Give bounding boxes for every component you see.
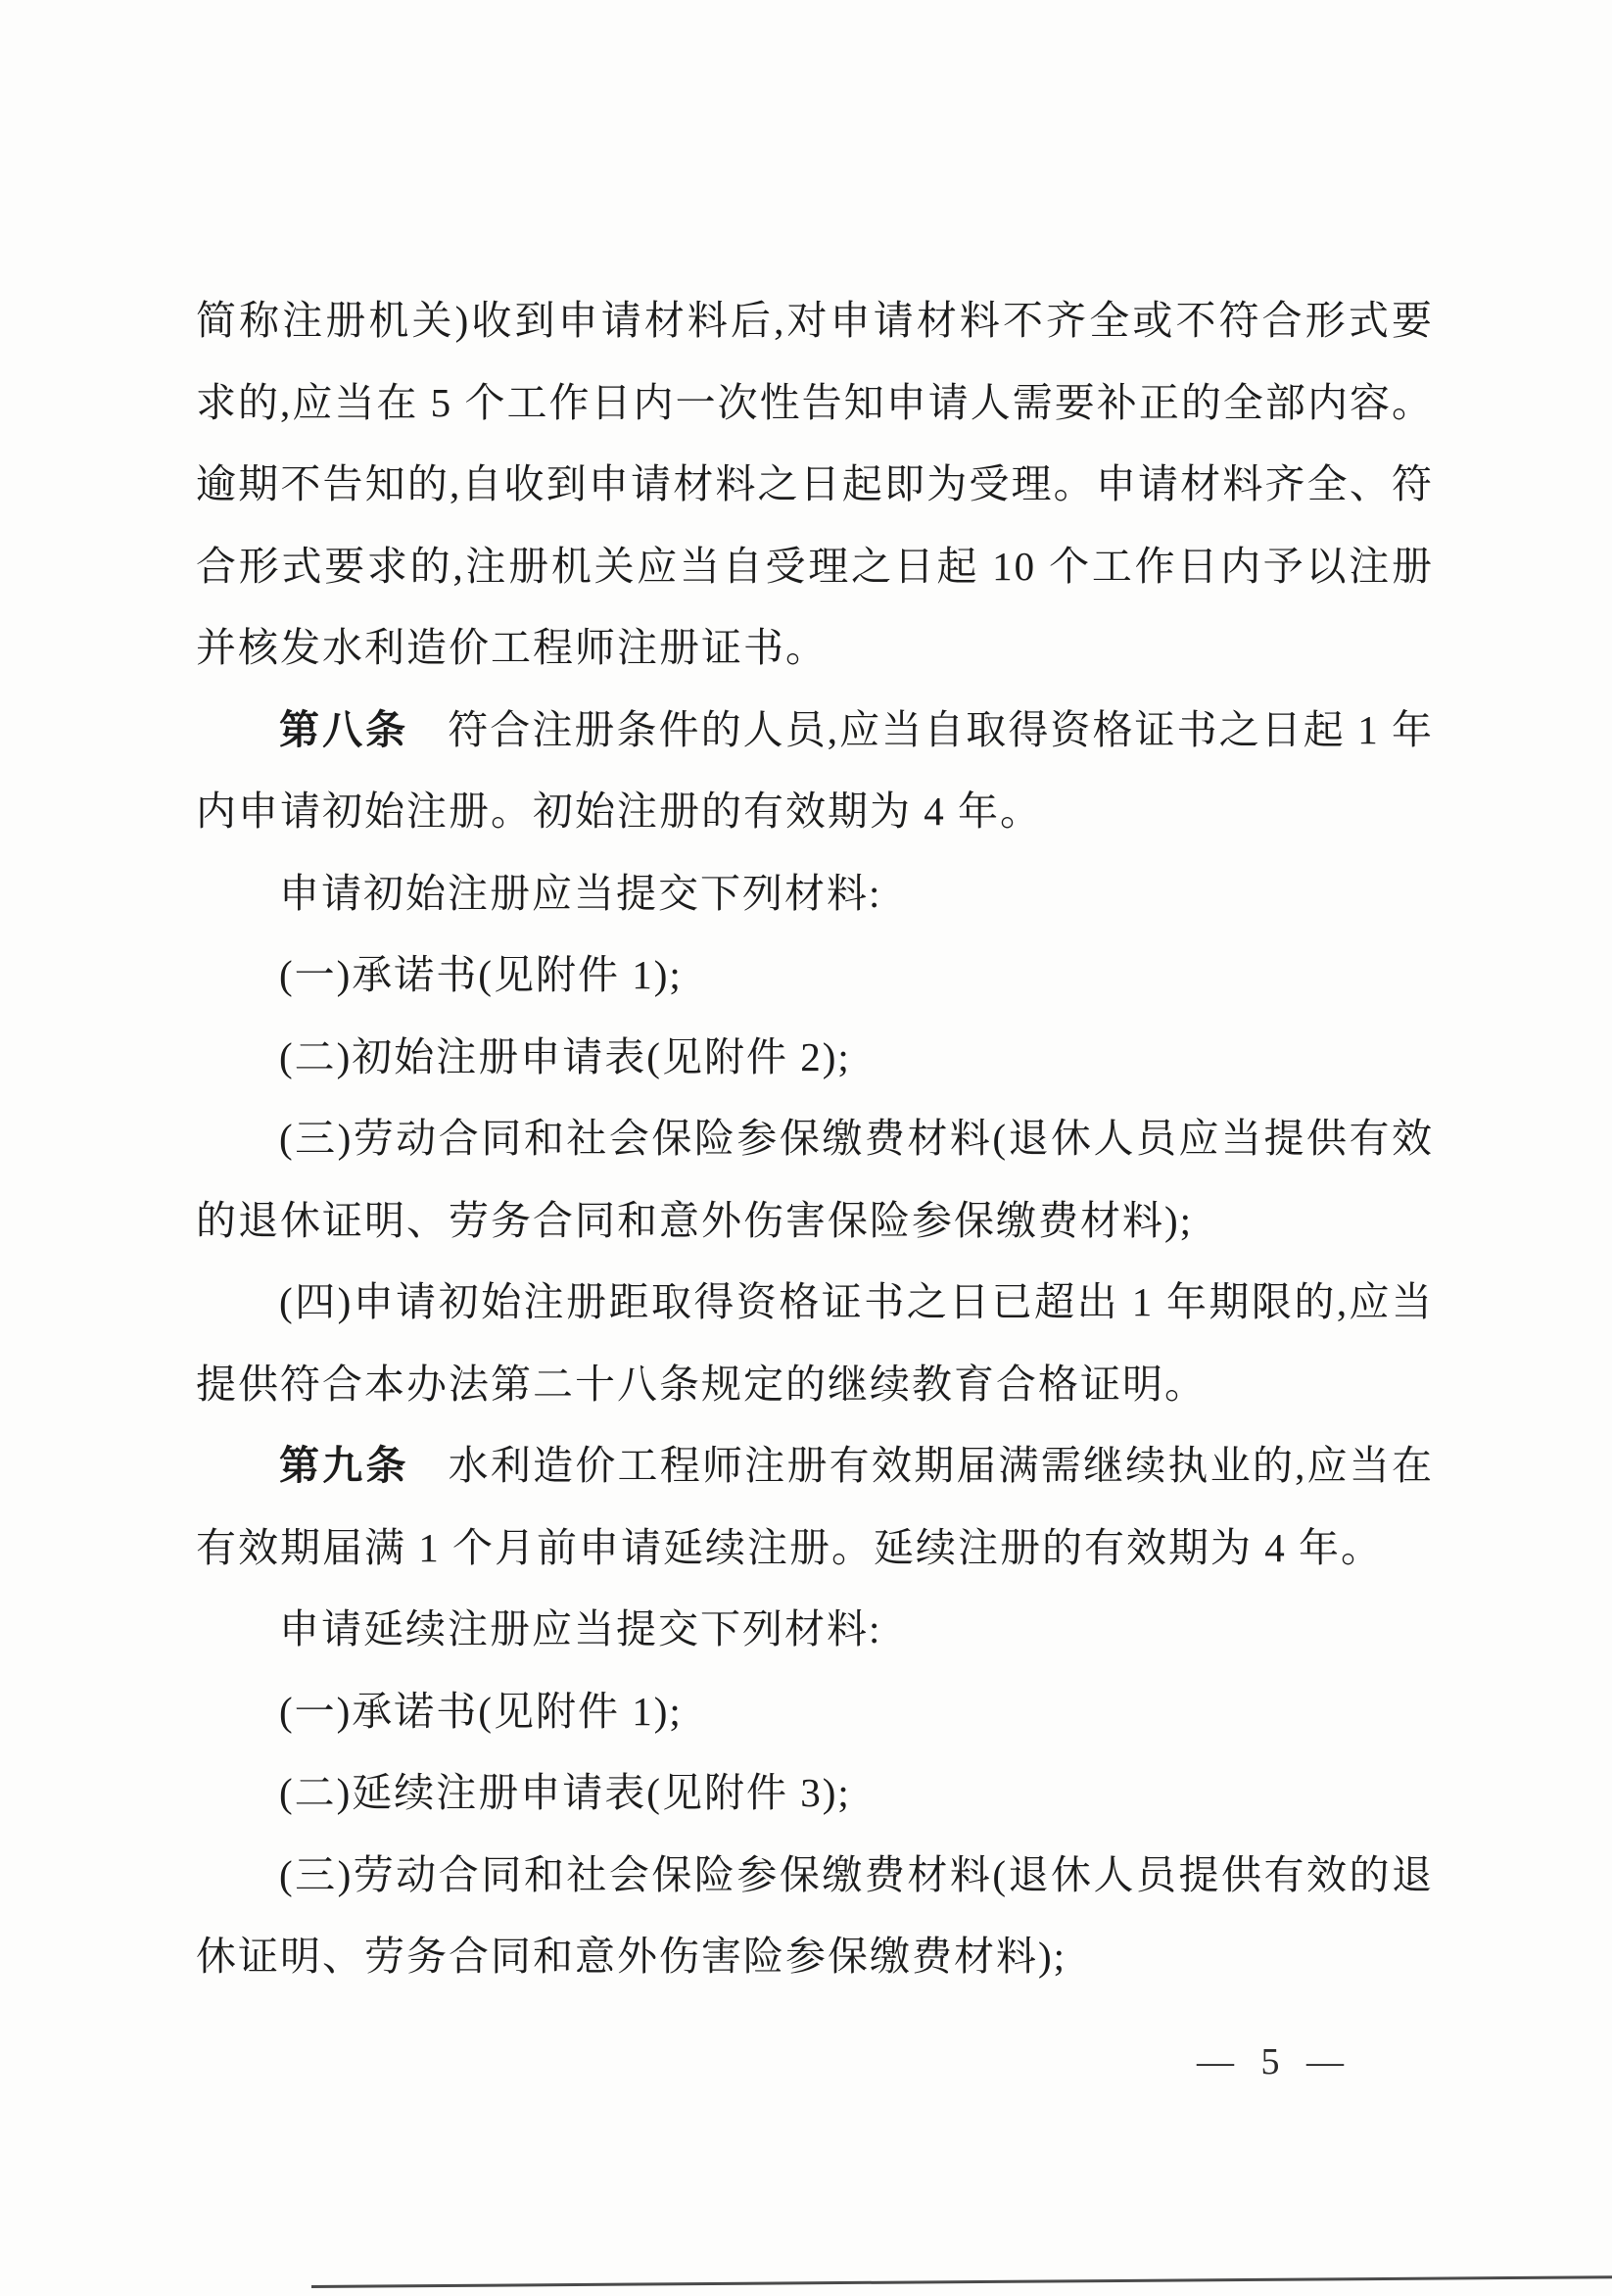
list-item-renewal-3: (三)劳动合同和社会保险参保缴费材料(退休人员提供有效的退休证明、劳务合同和意外… bbox=[196, 1835, 1434, 1998]
list-item-initial-3: (三)劳动合同和社会保险参保缴费材料(退休人员应当提供有效的退休证明、劳务合同和… bbox=[196, 1098, 1434, 1262]
article-8-heading: 第八条 bbox=[279, 707, 408, 752]
paragraph-article-8: 第八条符合注册条件的人员,应当自取得资格证书之日起 1 年内申请初始注册。初始注… bbox=[196, 690, 1434, 853]
list-item-initial-1: (一)承诺书(见附件 1); bbox=[196, 934, 1434, 1017]
paragraph-initial-registration-intro: 申请初始注册应当提交下列材料: bbox=[196, 853, 1434, 935]
list-item-initial-2: (二)初始注册申请表(见附件 2); bbox=[196, 1017, 1434, 1099]
scan-artifact-line bbox=[311, 2275, 1612, 2288]
paragraph-article-9: 第九条水利造价工程师注册有效期届满需继续执业的,应当在有效期届满 1 个月前申请… bbox=[196, 1425, 1434, 1589]
list-item-renewal-2: (二)延续注册申请表(见附件 3); bbox=[196, 1752, 1434, 1835]
page-number: — 5 — bbox=[1197, 2040, 1393, 2083]
paragraph-continuation: 简称注册机关)收到申请材料后,对申请材料不齐全或不符合形式要求的,应当在 5 个… bbox=[196, 280, 1434, 690]
list-item-renewal-1: (一)承诺书(见附件 1); bbox=[196, 1671, 1434, 1753]
paragraph-renewal-registration-intro: 申请延续注册应当提交下列材料: bbox=[196, 1589, 1434, 1671]
document-page: 简称注册机关)收到申请材料后,对申请材料不齐全或不符合形式要求的,应当在 5 个… bbox=[0, 0, 1612, 2296]
document-body: 简称注册机关)收到申请材料后,对申请材料不齐全或不符合形式要求的,应当在 5 个… bbox=[196, 280, 1434, 1998]
article-9-heading: 第九条 bbox=[279, 1443, 409, 1488]
list-item-initial-4: (四)申请初始注册距取得资格证书之日已超出 1 年期限的,应当提供符合本办法第二… bbox=[196, 1262, 1434, 1425]
